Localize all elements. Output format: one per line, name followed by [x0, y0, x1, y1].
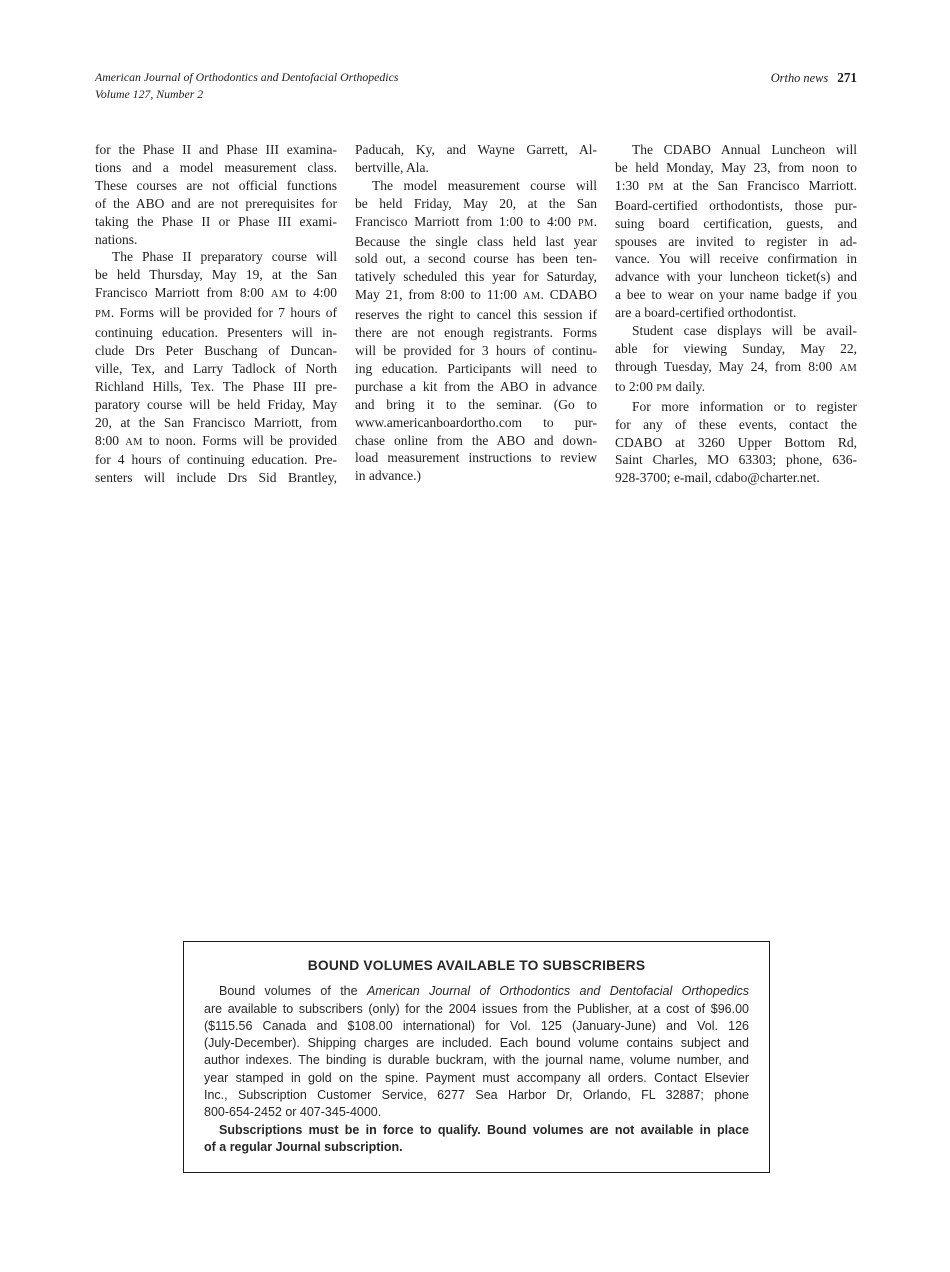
- text-line: 800-654-2452 or 407-345-4000.: [204, 1104, 749, 1121]
- text-line: Francisco Marriott from 8:00 AM to 4:00: [95, 284, 337, 304]
- page-header-right: Ortho news271: [771, 69, 857, 87]
- text-line: vance. You will receive confirmation in: [615, 250, 857, 268]
- text-line: Because the single class held last year: [355, 233, 597, 251]
- text-line: CDABO at 3260 Upper Bottom Rd,: [615, 434, 857, 452]
- text-line: load measurement instructions to review: [355, 449, 597, 467]
- text-line: 1:30 PM at the San Francisco Marriott.: [615, 177, 857, 197]
- text-line: are available to subscribers (only) for …: [204, 1001, 749, 1018]
- text-line: of a regular Journal subscription.: [204, 1139, 749, 1156]
- article-columns: for the Phase II and Phase III examina-t…: [95, 141, 857, 487]
- text-line: be held Monday, May 23, from noon to: [615, 159, 857, 177]
- text-line: ville, Tex, and Larry Tadlock of North: [95, 360, 337, 378]
- small-caps-meridiem: PM: [95, 309, 111, 320]
- text-line: spouses are invited to register in ad-: [615, 233, 857, 251]
- text-line: senters will include Drs Sid Brantley,: [95, 469, 337, 487]
- text-line: The CDABO Annual Luncheon will: [615, 141, 857, 159]
- text-line: will be provided for 3 hours of continu-: [355, 342, 597, 360]
- text-line: Student case displays will be avail-: [615, 322, 857, 340]
- section-name: Ortho news: [771, 71, 828, 85]
- article-column: for the Phase II and Phase III examina-t…: [95, 141, 337, 487]
- text-line: tions and a model measurement class.: [95, 159, 337, 177]
- text-line: Subscriptions must be in force to qualif…: [204, 1122, 749, 1139]
- text-line: PM. Forms will be provided for 7 hours o…: [95, 304, 337, 324]
- text-line: May 21, from 8:00 to 11:00 AM. CDABO: [355, 286, 597, 306]
- text-line: a bee to wear on your name badge if you: [615, 286, 857, 304]
- text-line: Richland Hills, Tex. The Phase III pre-: [95, 378, 337, 396]
- text-line: For more information or to register: [615, 398, 857, 416]
- text-line: These courses are not official functions: [95, 177, 337, 195]
- page-number: 271: [837, 70, 857, 85]
- text-line: of the ABO and are not prerequisites for: [95, 195, 337, 213]
- text-line: Bound volumes of the American Journal of…: [204, 983, 749, 1000]
- small-caps-meridiem: AM: [125, 437, 143, 448]
- journal-identification: American Journal of Orthodontics and Den…: [95, 69, 398, 103]
- small-caps-meridiem: PM: [656, 383, 672, 394]
- text-line: ($115.56 Canada and $108.00 internationa…: [204, 1018, 749, 1035]
- running-head: American Journal of Orthodontics and Den…: [95, 69, 857, 103]
- text-line: to 2:00 PM daily.: [615, 378, 857, 398]
- text-line: through Tuesday, May 24, from 8:00 AM: [615, 358, 857, 378]
- text-line: purchase a kit from the ABO in advance: [355, 378, 597, 396]
- text-line: 20, at the San Francisco Marriott, from: [95, 414, 337, 432]
- text-line: Paducah, Ky, and Wayne Garrett, Al-: [355, 141, 597, 159]
- text-line: The Phase II preparatory course will: [95, 248, 337, 266]
- text-line: www.americanboardortho.com to pur-: [355, 414, 597, 432]
- notice-paragraph-bold: Subscriptions must be in force to qualif…: [204, 1122, 749, 1157]
- text-line: for any of these events, contact the: [615, 416, 857, 434]
- text-line: and bring it to the seminar. (Go to: [355, 396, 597, 414]
- text-line: chase online from the ABO and down-: [355, 432, 597, 450]
- text-line: (July-December). Shipping charges are in…: [204, 1035, 749, 1052]
- text-line: sold out, a second course has been ten-: [355, 250, 597, 268]
- text-line: there are not enough registrants. Forms: [355, 324, 597, 342]
- article-column: Paducah, Ky, and Wayne Garrett, Al-bertv…: [355, 141, 597, 487]
- bound-volumes-notice: BOUND VOLUMES AVAILABLE TO SUBSCRIBERS B…: [183, 941, 770, 1173]
- text-line: suing board certification, guests, and: [615, 215, 857, 233]
- text-line: author indexes. The binding is durable b…: [204, 1052, 749, 1069]
- text-line: year stamped in gold on the spine. Payme…: [204, 1070, 749, 1087]
- text-line: nations.: [95, 231, 337, 249]
- notice-paragraph: Bound volumes of the American Journal of…: [204, 983, 749, 1121]
- small-caps-meridiem: AM: [839, 363, 857, 374]
- text-line: Inc., Subscription Customer Service, 627…: [204, 1087, 749, 1104]
- small-caps-meridiem: PM: [578, 218, 594, 229]
- text-line: Saint Charles, MO 63303; phone, 636-: [615, 451, 857, 469]
- text-line: be held Friday, May 20, at the San: [355, 195, 597, 213]
- text-line: in advance.): [355, 467, 597, 485]
- text-line: for 4 hours of continuing education. Pre…: [95, 451, 337, 469]
- journal-page: American Journal of Orthodontics and Den…: [0, 0, 950, 1272]
- text-line: taking the Phase II or Phase III exami-: [95, 213, 337, 231]
- text-line: clude Drs Peter Buschang of Duncan-: [95, 342, 337, 360]
- text-line: Francisco Marriott from 1:00 to 4:00 PM.: [355, 213, 597, 233]
- text-line: for the Phase II and Phase III examina-: [95, 141, 337, 159]
- text-line: The model measurement course will: [355, 177, 597, 195]
- text-line: tatively scheduled this year for Saturda…: [355, 268, 597, 286]
- small-caps-meridiem: AM: [523, 291, 541, 302]
- text-line: ing education. Participants will need to: [355, 360, 597, 378]
- text-line: reserves the right to cancel this sessio…: [355, 306, 597, 324]
- text-line: advance with your luncheon ticket(s) and: [615, 268, 857, 286]
- small-caps-meridiem: PM: [648, 182, 664, 193]
- notice-title: BOUND VOLUMES AVAILABLE TO SUBSCRIBERS: [204, 957, 749, 974]
- small-caps-meridiem: AM: [271, 289, 289, 300]
- text-line: be held Thursday, May 19, at the San: [95, 266, 337, 284]
- journal-volume-issue: Volume 127, Number 2: [95, 86, 398, 103]
- text-line: 928-3700; e-mail, cdabo@charter.net.: [615, 469, 857, 487]
- text-line: 8:00 AM to noon. Forms will be provided: [95, 432, 337, 452]
- notice-body: Bound volumes of the American Journal of…: [204, 983, 749, 1156]
- text-line: continuing education. Presenters will in…: [95, 324, 337, 342]
- text-line: bertville, Ala.: [355, 159, 597, 177]
- article-column: The CDABO Annual Luncheon willbe held Mo…: [615, 141, 857, 487]
- text-line: paratory course will be held Friday, May: [95, 396, 337, 414]
- journal-title: American Journal of Orthodontics and Den…: [95, 69, 398, 86]
- text-line: are a board-certified orthodontist.: [615, 304, 857, 322]
- text-line: Board-certified orthodontists, those pur…: [615, 197, 857, 215]
- text-line: able for viewing Sunday, May 22,: [615, 340, 857, 358]
